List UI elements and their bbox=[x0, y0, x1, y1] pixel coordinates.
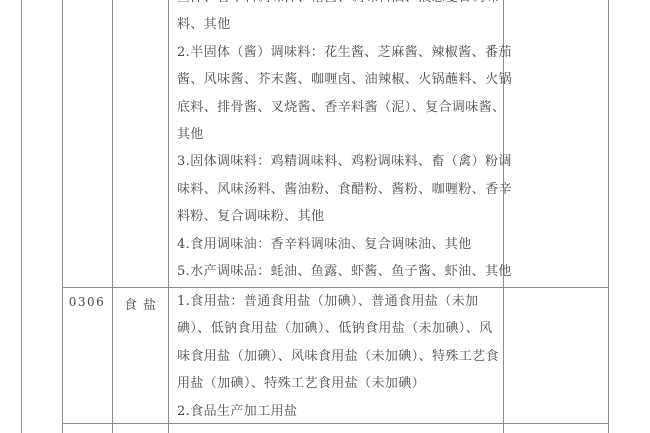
table-border-name-col bbox=[168, 0, 169, 433]
table-border-code-col bbox=[112, 0, 113, 433]
salt-code-cell: 0306 bbox=[62, 295, 112, 309]
table-border-category-col bbox=[62, 0, 63, 433]
document-page: 鱼汁、香辛料调味汁、糟卤、调味料酒、液态复合调味 料、其他 2.半固体（酱）调味… bbox=[0, 0, 650, 433]
detail-paragraph: 3.固体调味料：鸡精调味料、鸡粉调味料、畜（禽）粉调 味料、风味汤料、酱油粉、食… bbox=[177, 148, 503, 230]
detail-paragraph: 2.食品生产加工用盐 bbox=[177, 398, 503, 425]
detail-paragraph: 1.食用盐：普通食用盐（加碘）、普通食用盐（未加 碘）、低钠食用盐（加碘）、低钠… bbox=[177, 288, 503, 398]
detail-paragraph: 5.水产调味品：蚝油、鱼露、虾酱、鱼子酱、虾油、其他 bbox=[177, 258, 503, 285]
detail-paragraph: 鱼汁、香辛料调味汁、糟卤、调味料酒、液态复合调味 料、其他 bbox=[177, 0, 503, 39]
table-border-right-col bbox=[608, 0, 609, 433]
table-border-details-col bbox=[503, 0, 504, 433]
table-border-left bbox=[21, 0, 22, 433]
seasoning-details-cell: 鱼汁、香辛料调味汁、糟卤、调味料酒、液态复合调味 料、其他 2.半固体（酱）调味… bbox=[177, 0, 503, 285]
detail-paragraph: 2.半固体（酱）调味料：花生酱、芝麻酱、辣椒酱、番茄 酱、风味酱、芥末酱、咖喱卤… bbox=[177, 39, 503, 149]
salt-name-cell: 食盐 bbox=[112, 294, 168, 313]
detail-paragraph: 4.食用调味油：香辛料调味油、复合调味油、其他 bbox=[177, 231, 503, 258]
salt-details-cell: 1.食用盐：普通食用盐（加碘）、普通食用盐（未加 碘）、低钠食用盐（加碘）、低钠… bbox=[177, 288, 503, 425]
